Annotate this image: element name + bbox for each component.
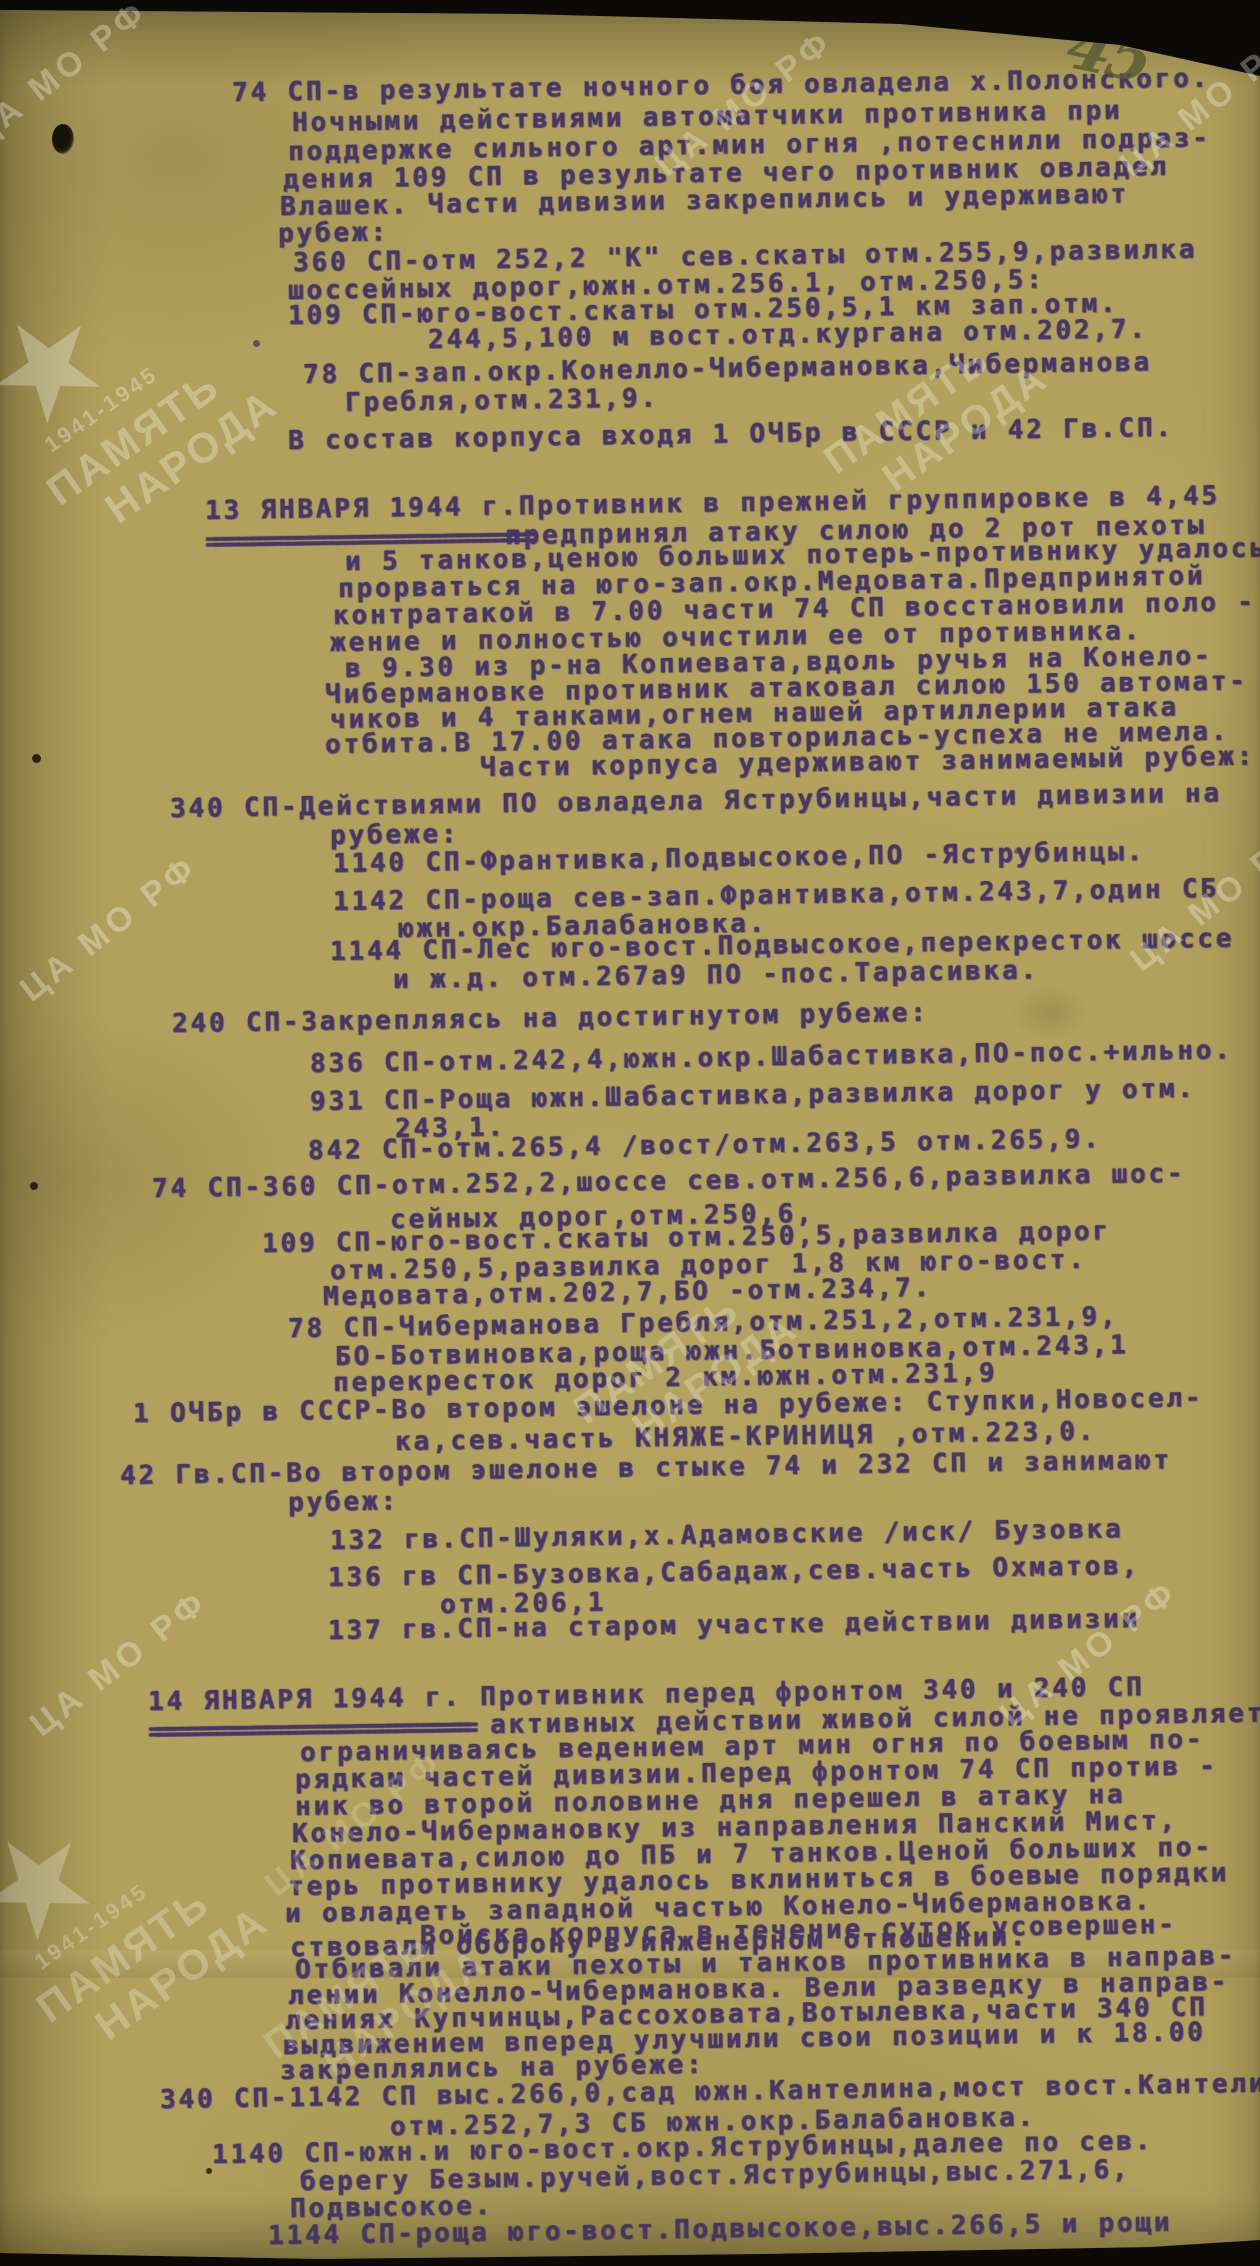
typewritten-line: 836 СП-отм.242,4,южн.окр.Шабастивка,ПО-п…	[310, 1037, 1233, 1077]
typewritten-line: В состав корпуса входя 1 ОЧБр в СССР и 4…	[288, 415, 1174, 454]
typewritten-line: рубеж:	[278, 219, 389, 247]
typewritten-line: и ж.д. отм.267а9 ПО -пос.Тарасивка.	[393, 957, 1039, 993]
typewritten-line: Медовата,отм.202,7,БО -отм.234,7.	[323, 1275, 932, 1310]
typewritten-line: 78 СП-зап.окр.Конелло-Чибермановка,Чибер…	[303, 349, 1152, 388]
typewritten-text-layer: 74 СП-в результате ночного боя овладела …	[0, 0, 1260, 2266]
typewritten-line: рубеж:	[288, 1488, 399, 1516]
paper-sheet: 74 СП-в результате ночного боя овладела …	[0, 0, 1260, 2266]
typewritten-line: рубеже:	[330, 821, 460, 849]
scanned-document-page: { "page": { "handwritten_page_number": "…	[0, 0, 1260, 2266]
typewritten-line: 132 гв.СП-Шуляки,х.Адамовские /иск/ Бузо…	[330, 1516, 1124, 1554]
typewritten-line: 74 СП-360 СП-отм.252,2,шоссе сев.отм.256…	[152, 1161, 1186, 1202]
typewritten-line: 1142 СП-роща сев-зап.Франтивка,отм.243,7…	[333, 876, 1219, 915]
typewritten-line: 340 СП-Действиями ПО овладела Яструбинцы…	[170, 780, 1222, 822]
typewritten-line: 42 Гв.СП-Во втором эшелоне в стыке 74 и …	[120, 1447, 1172, 1489]
typewritten-line: Гребля,отм.231,9.	[345, 385, 659, 416]
typewritten-line: 240 СП-Закрепляясь на достигнутом рубеже…	[172, 1000, 929, 1037]
typewritten-line: 931 СП-Роща южн.Шабастивка,развилка доро…	[310, 1076, 1196, 1115]
typewritten-line: 136 гв СП-Бузовка,Сабадаж,сев.часть Охма…	[328, 1553, 1140, 1591]
